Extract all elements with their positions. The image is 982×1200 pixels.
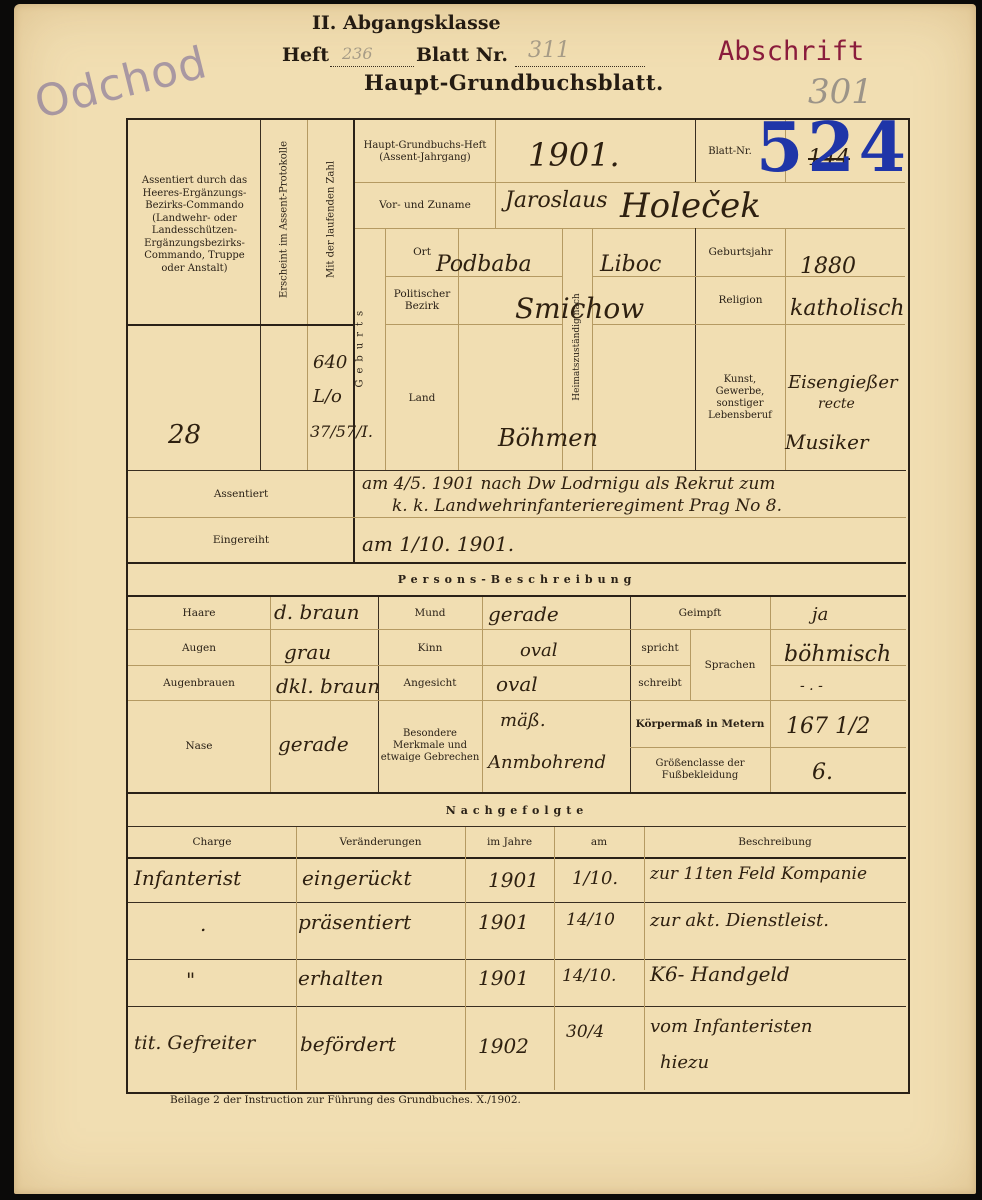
koerpermass-value: 167 1/2 — [786, 714, 870, 739]
grid-line — [690, 630, 691, 700]
beruf-value-1: Eisengießer — [788, 372, 898, 393]
geburts-label: Geburts — [355, 308, 366, 388]
grid-line — [296, 827, 297, 1090]
col-jahre: im Jahre — [467, 828, 552, 856]
koerpermass-label: Körpermaß in Metern — [632, 702, 768, 746]
laufende-zahl-label: Mit der laufenden Zahl — [326, 120, 337, 320]
erscheint-label: Erscheint im Assent-Protokolle — [279, 120, 290, 320]
grid-line — [695, 228, 696, 470]
heft-jahrgang-label: Haupt-Grundbuchs-Heft (Assent-Jahrgang) — [358, 124, 492, 180]
persons-title: Persons-Beschreibung — [128, 566, 906, 594]
row3-date: 14/10. — [562, 966, 616, 986]
row4-change: befördert — [300, 1032, 396, 1056]
pencil-number: 301 — [808, 72, 873, 112]
grid-line — [128, 517, 906, 518]
col-beschreibung: Beschreibung — [646, 828, 904, 856]
footer-note: Beilage 2 der Instruction zur Führung de… — [170, 1094, 521, 1106]
col-veraenderungen: Veränderungen — [298, 828, 463, 856]
col-am: am — [556, 828, 642, 856]
beruf-value-2: recte — [818, 396, 855, 412]
heimat-label: Heimatszuständig nach — [572, 267, 582, 427]
grid-line — [695, 120, 696, 182]
row2-date: 14/10 — [566, 910, 615, 930]
grid-line — [128, 324, 353, 326]
heft-label: Heft — [282, 44, 329, 66]
row3-change: erhalten — [298, 966, 383, 990]
nase-label: Nase — [130, 702, 268, 790]
grid-line — [128, 700, 906, 701]
heft-dotted-line — [330, 66, 414, 67]
grid-line — [630, 597, 631, 792]
grid-line — [482, 597, 483, 792]
assentiert-label: Assentiert — [130, 472, 352, 516]
grid-line — [128, 959, 906, 960]
geimpft-value: ja — [812, 604, 828, 625]
nase-value: gerade — [278, 732, 349, 756]
haare-label: Haare — [130, 598, 268, 628]
angesicht-value: oval — [496, 672, 538, 696]
grid-line — [770, 597, 771, 792]
grid-line — [128, 792, 906, 794]
eingereiht-value: am 1/10. 1901. — [362, 532, 514, 556]
sprachen-label: Sprachen — [692, 631, 768, 699]
blatt-label: Blatt Nr. — [416, 44, 508, 66]
laufende-zahl-1: 640 — [313, 352, 347, 373]
grid-line — [128, 629, 906, 630]
grid-line — [554, 827, 555, 1090]
last-name: Holeček — [620, 186, 761, 226]
groesse-value: 6. — [812, 760, 833, 785]
grid-line — [630, 665, 690, 666]
eingereiht-label: Eingereiht — [130, 519, 352, 561]
mund-label: Mund — [380, 598, 480, 628]
row1-desc: zur 11ten Feld Kompanie — [650, 864, 867, 884]
grid-line — [307, 120, 308, 470]
laufende-zahl-3: 37/57/I. — [310, 422, 373, 441]
sprachen-value: böhmisch — [784, 642, 891, 667]
geburtsjahr-label: Geburtsjahr — [698, 232, 783, 272]
grid-line — [495, 120, 496, 182]
kinn-value: oval — [520, 640, 558, 661]
grid-line — [495, 182, 496, 228]
grid-line — [128, 857, 906, 859]
mund-value: gerade — [488, 602, 559, 626]
religion-value: katholisch — [790, 296, 905, 321]
assentiert-value-1: am 4/5. 1901 nach Dw Lodrnigu als Rekrut… — [362, 474, 775, 494]
col-charge: Charge — [130, 828, 294, 856]
page-title: Haupt-Grundbuchsblatt. — [364, 70, 664, 95]
row4-date: 30/4 — [566, 1022, 604, 1042]
row3-desc: K6- Handgeld — [650, 962, 790, 986]
blatt-value: 311 — [528, 38, 570, 63]
row3-year: 1901 — [478, 966, 529, 990]
row1-year: 1901 — [488, 868, 539, 892]
grid-line — [630, 747, 906, 748]
schreibt-label: schreibt — [632, 667, 688, 699]
grid-line — [465, 827, 466, 1090]
blatt-nr-label: Blatt-Nr. — [700, 124, 760, 180]
row1-date: 1/10. — [572, 868, 618, 889]
beruf-label: Kunst, Gewerbe, sonstiger Lebensberuf — [700, 330, 780, 466]
assentiert-durch-label: Assentiert durch das Heeres-Ergänzungs-B… — [132, 130, 257, 320]
row4-charge: tit. Gefreiter — [134, 1032, 255, 1054]
row2-year: 1901 — [478, 910, 529, 934]
land-label: Land — [388, 330, 456, 466]
row1-change: eingerückt — [302, 866, 412, 890]
spricht-label: spricht — [632, 631, 688, 664]
row4-year: 1902 — [478, 1034, 529, 1058]
ort-birth: Podbaba — [436, 252, 532, 277]
grid-line — [128, 470, 906, 471]
abschrift-stamp: Abschrift — [718, 36, 864, 67]
first-name: Jaroslaus — [505, 188, 608, 213]
brauen-value: dkl. braun — [276, 674, 380, 698]
grid-line — [128, 595, 906, 597]
geimpft-label: Geimpft — [632, 598, 768, 628]
kinn-label: Kinn — [380, 631, 480, 664]
row2-desc: zur akt. Dienstleist. — [650, 910, 829, 931]
augen-label: Augen — [130, 631, 268, 664]
row4-desc: vom Infanteristen — [650, 1016, 812, 1037]
grid-line — [385, 228, 386, 470]
haare-value: d. braun — [274, 600, 360, 624]
blatt-dotted-line — [515, 66, 645, 67]
grid-line — [128, 826, 906, 827]
grid-line — [355, 228, 905, 229]
assentiert-durch-value: 28 — [168, 420, 201, 450]
grid-line — [128, 1006, 906, 1007]
blatt-nr-stamp: 524 — [756, 114, 910, 182]
heft-value: 236 — [342, 44, 373, 63]
laufende-zahl-2: L/o — [313, 386, 342, 407]
row1-charge: Infanterist — [134, 866, 241, 890]
grid-line — [128, 902, 906, 903]
grid-line — [644, 827, 645, 1090]
grid-line — [270, 597, 271, 792]
groesse-label: Größenclasse der Fußbekleidung — [632, 749, 768, 791]
grid-line — [128, 665, 630, 666]
bezirk-value: Smichow — [515, 292, 644, 325]
heft-jahrgang-value: 1901. — [528, 136, 620, 174]
assentiert-value-2: k. k. Landwehrinfanterieregiment Prag No… — [392, 496, 782, 516]
name-label: Vor- und Zuname — [358, 184, 492, 226]
merkmale-label: Besondere Merkmale und etwaige Gebrechen — [380, 702, 480, 790]
row2-change: präsentiert — [298, 910, 411, 934]
grid-line — [128, 562, 906, 564]
brauen-label: Augenbrauen — [130, 667, 268, 699]
merkmale-value-1: mäß. — [500, 710, 546, 731]
land-value: Böhmen — [498, 424, 598, 452]
sprachen-value-2: - . - — [800, 678, 823, 694]
nachgefolgte-title: Nachgefolgte — [128, 798, 906, 824]
augen-value: grau — [284, 640, 331, 664]
bezirk-label: Politischer Bezirk — [388, 278, 456, 322]
merkmale-value-2: Anmbohrend — [488, 752, 606, 773]
row3-charge: " — [186, 968, 195, 992]
angesicht-label: Angesicht — [380, 667, 480, 699]
row2-charge: . — [200, 912, 206, 936]
religion-label: Religion — [698, 278, 783, 322]
grid-line — [260, 120, 261, 470]
beruf-value-3: Musiker — [785, 430, 869, 454]
ort-home: Liboc — [600, 252, 661, 277]
geburtsjahr-value: 1880 — [800, 254, 856, 279]
row4-desc-2: hiezu — [660, 1052, 709, 1073]
class-label: II. Abgangsklasse — [312, 12, 501, 34]
